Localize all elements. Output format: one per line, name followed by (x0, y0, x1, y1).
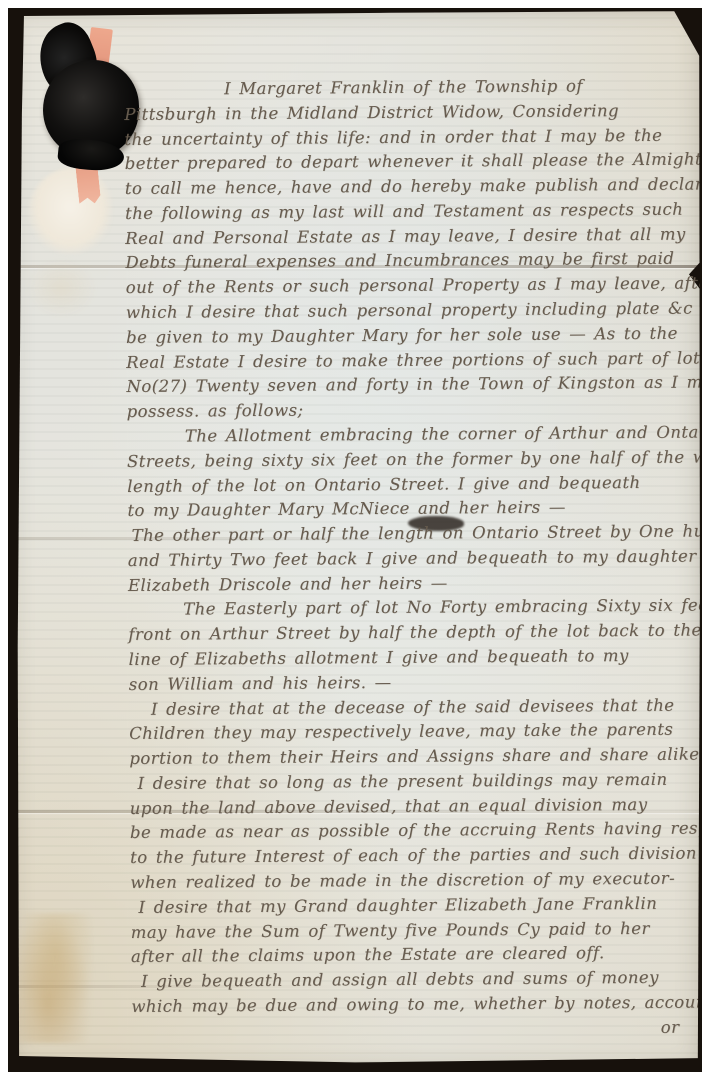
manuscript-line: and Thirty Two feet back I give and bequ… (128, 544, 706, 573)
manuscript-text-block: I Margaret Franklin of the Township ofPi… (124, 73, 710, 1044)
paper-stain-lower (12, 913, 92, 1043)
paper-stain-upper (26, 258, 96, 318)
manuscript-paper: I Margaret Franklin of the Township ofPi… (8, 8, 702, 1072)
manuscript-line: which may be due and owing to me, whethe… (131, 990, 709, 1019)
manuscript-line: length of the lot on Ontario Street. I g… (127, 470, 705, 499)
manuscript-line: Streets, being sixty six feet on the for… (127, 445, 705, 474)
paper-wafer-seal-remnant (28, 168, 112, 254)
manuscript-line: may have the Sum of Twenty five Pounds C… (131, 916, 709, 945)
manuscript-line: No(27) Twenty seven and forty in the Tow… (126, 371, 704, 400)
manuscript-line: line of Elizabeths allotment I give and … (128, 643, 706, 672)
manuscript-lines: I Margaret Franklin of the Township ofPi… (124, 73, 709, 1019)
catchword: or (131, 1015, 709, 1044)
